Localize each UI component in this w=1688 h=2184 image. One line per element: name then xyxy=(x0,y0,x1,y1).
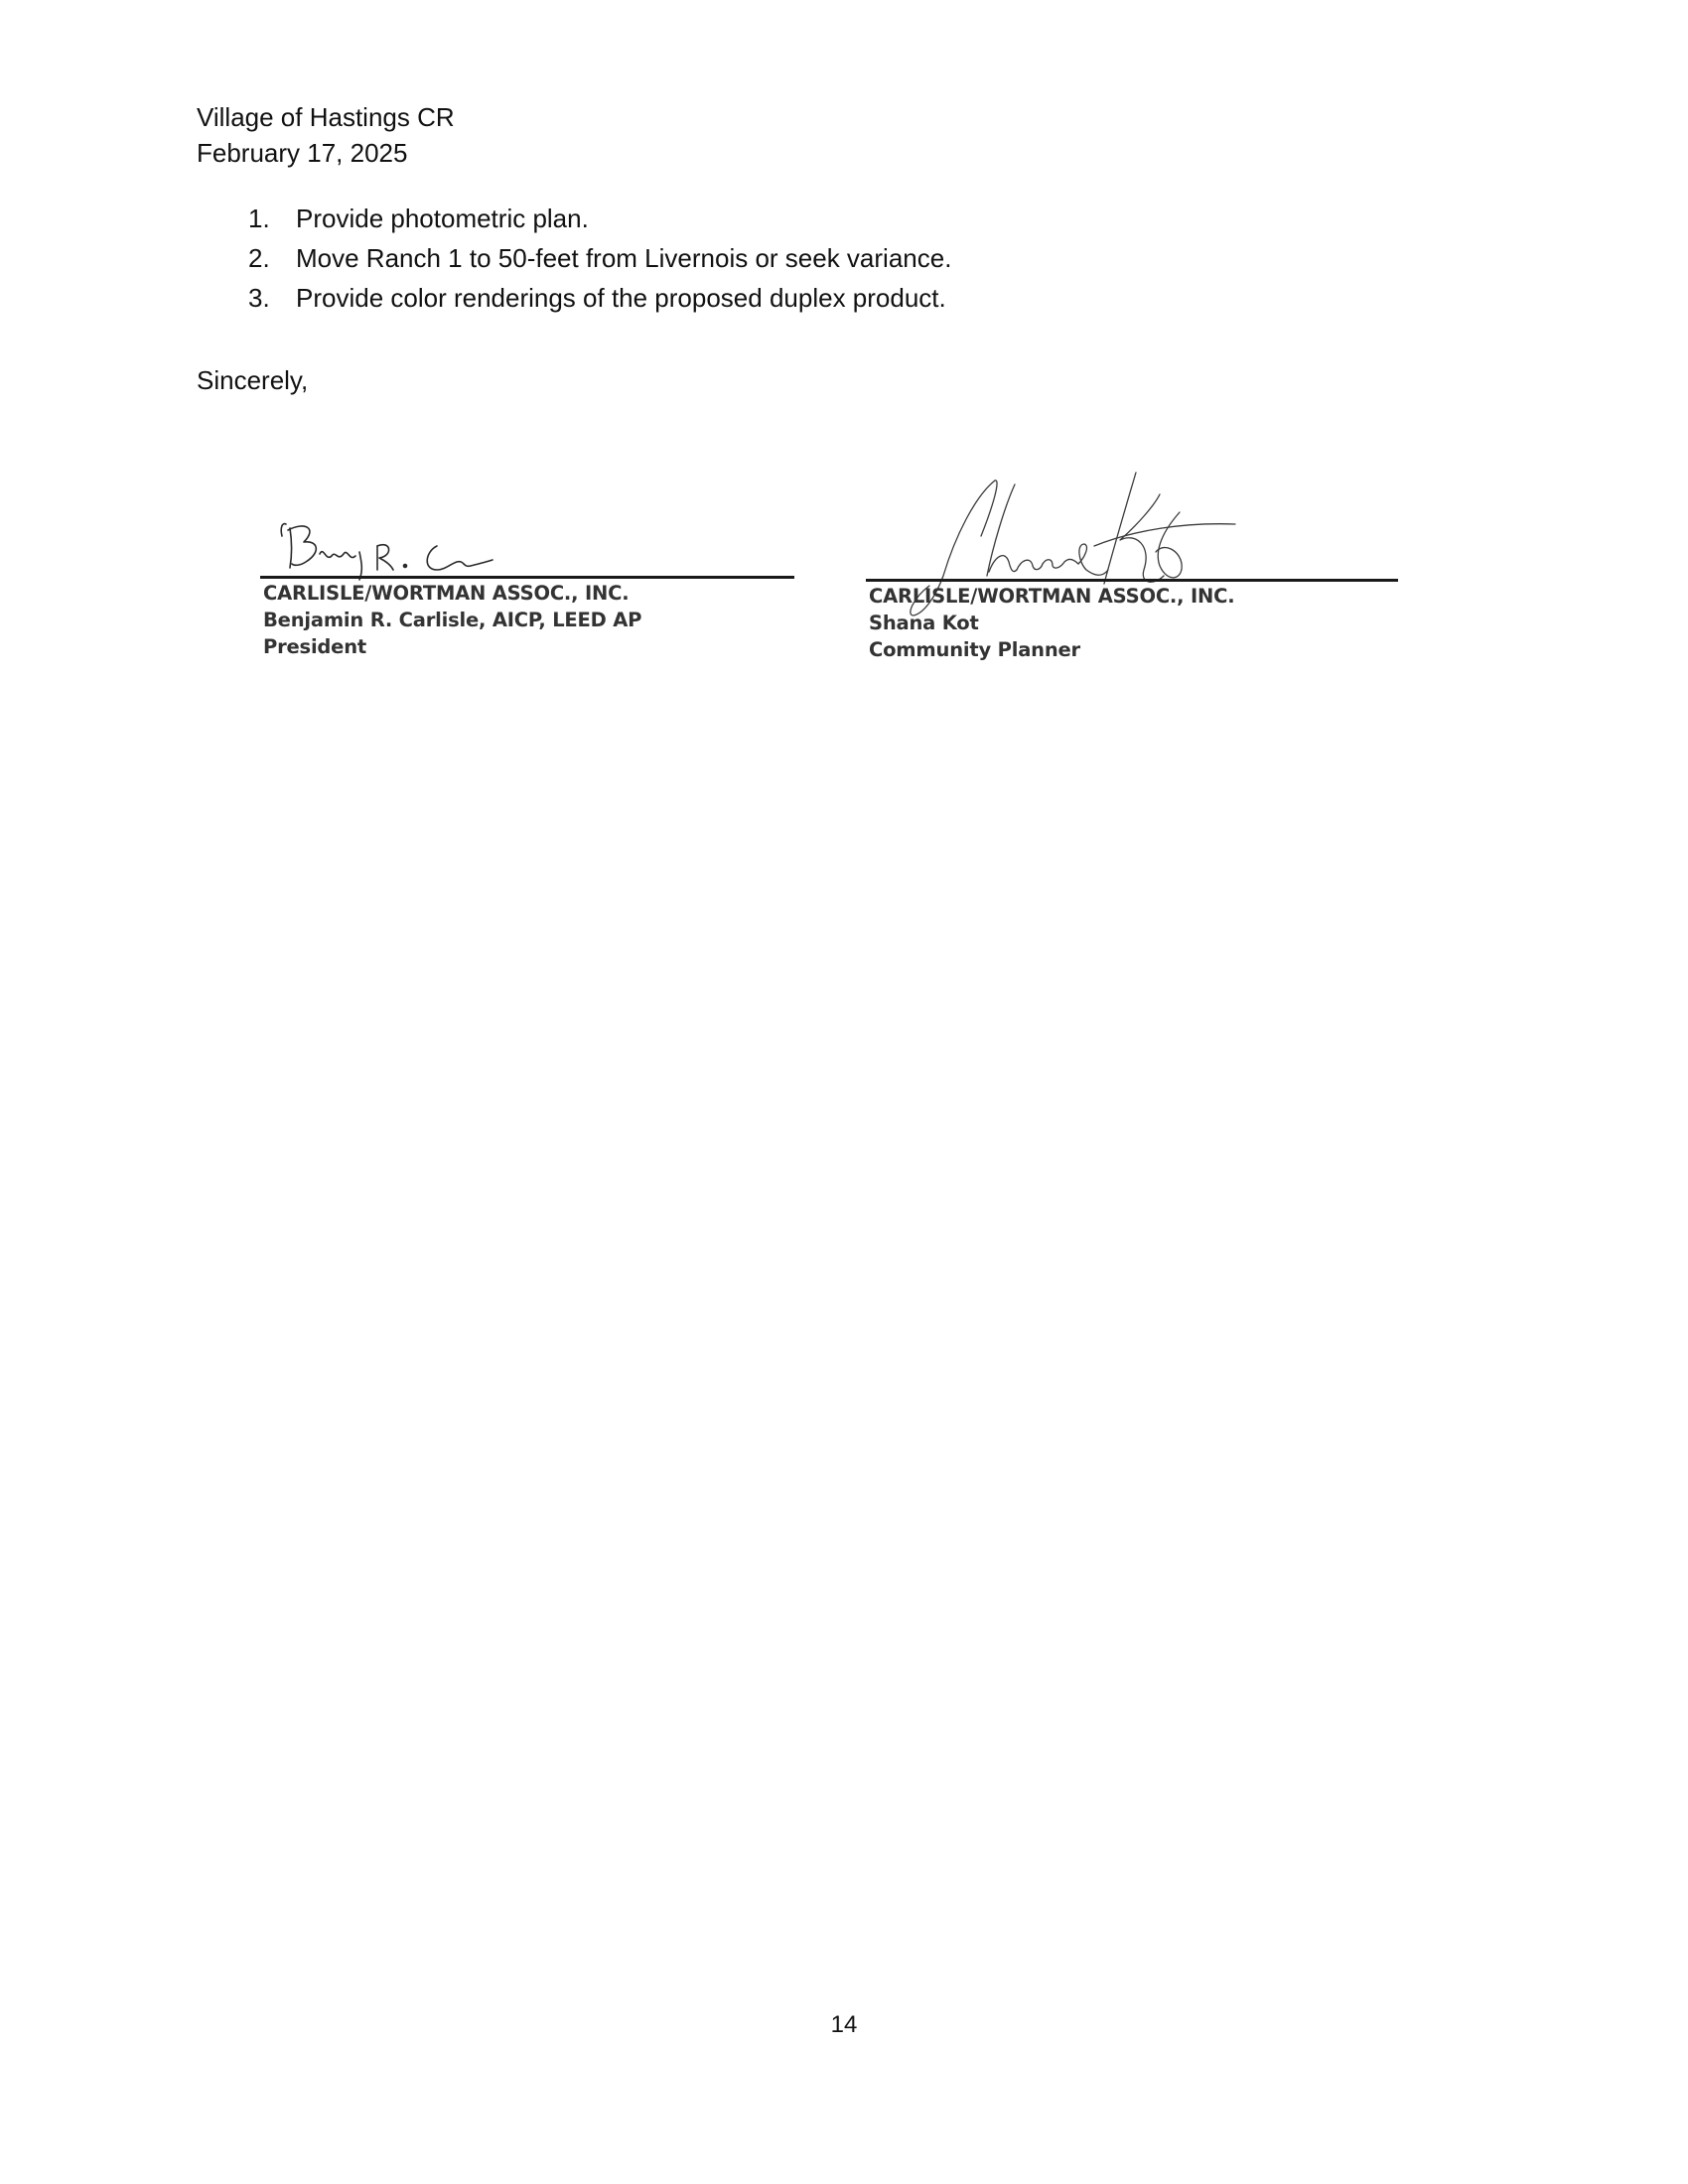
signatory-details: CARLISLE/WORTMAN ASSOC., INC. Shana Kot … xyxy=(869,583,1234,663)
document-page: Village of Hastings CR February 17, 2025… xyxy=(0,0,1688,2184)
letter-header: Village of Hastings CR February 17, 2025 xyxy=(197,99,455,171)
list-item-number: 3. xyxy=(248,278,288,318)
signatory-details: CARLISLE/WORTMAN ASSOC., INC. Benjamin R… xyxy=(263,580,641,660)
signatory-name: Benjamin R. Carlisle, AICP, LEED AP xyxy=(263,607,641,633)
signature-line xyxy=(260,576,794,579)
signatory-title: Community Planner xyxy=(869,636,1234,663)
list-item-number: 2. xyxy=(248,238,288,278)
signatory-title: President xyxy=(263,633,641,660)
signature-line xyxy=(866,579,1398,582)
recipient-line: Village of Hastings CR xyxy=(197,99,455,135)
signatory-name: Shana Kot xyxy=(869,610,1234,636)
list-item-text: Provide photometric plan. xyxy=(296,199,589,238)
list-item-number: 1. xyxy=(248,199,288,238)
closing-salutation: Sincerely, xyxy=(197,360,308,400)
page-number: 14 xyxy=(0,2011,1688,2039)
company-name: CARLISLE/WORTMAN ASSOC., INC. xyxy=(869,583,1234,610)
handwritten-signature-icon xyxy=(260,467,558,581)
date-line: February 17, 2025 xyxy=(197,135,455,171)
list-item-text: Move Ranch 1 to 50-feet from Livernois o… xyxy=(296,238,951,278)
company-name: CARLISLE/WORTMAN ASSOC., INC. xyxy=(263,580,641,607)
list-item-text: Provide color renderings of the proposed… xyxy=(296,278,946,318)
